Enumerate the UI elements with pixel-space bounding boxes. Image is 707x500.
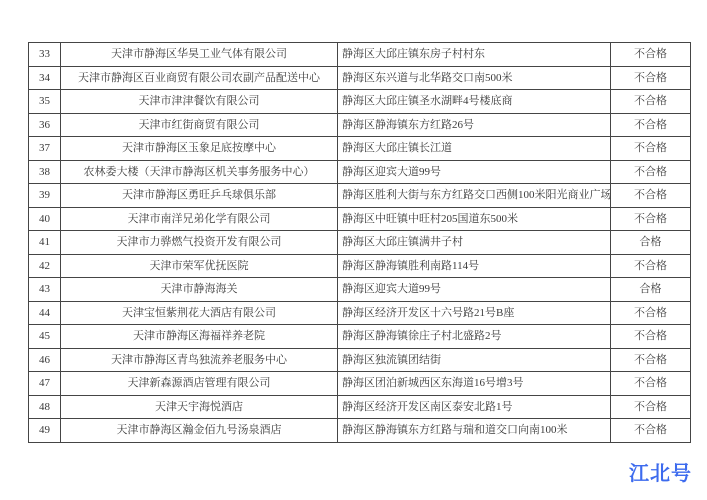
table-row: 39天津市静海区勇旺乒乓球俱乐部静海区胜利大街与东方红路交口西侧100米阳光商业… (29, 184, 691, 208)
table-row: 33天津市静海区华昊工业气体有限公司静海区大邱庄镇东房子村村东不合格 (29, 43, 691, 67)
table-row: 44天津宝恒紫荆花大酒店有限公司静海区经济开发区十六号路21号B座不合格 (29, 301, 691, 325)
row-number-cell: 48 (29, 395, 61, 419)
address-cell: 静海区大邱庄镇长江道 (338, 137, 611, 161)
company-name-cell: 天津市静海区华昊工业气体有限公司 (61, 43, 338, 67)
company-name-cell: 天津市静海区海福祥养老院 (61, 325, 338, 349)
watermark-logo: 江北号 (629, 464, 692, 484)
table-row: 43天津市静海海关静海区迎宾大道99号合格 (29, 278, 691, 302)
result-cell: 不合格 (611, 90, 691, 114)
company-name-cell: 农林委大楼（天津市静海区机关事务服务中心） (61, 160, 338, 184)
address-cell: 静海区团泊新城西区东海道16号增3号 (338, 372, 611, 396)
table-row: 49天津市静海区瀚金佰九号汤泉酒店静海区静海镇东方红路与瑞和道交口向南100米不… (29, 419, 691, 443)
row-number-cell: 37 (29, 137, 61, 161)
result-cell: 不合格 (611, 301, 691, 325)
table-row: 37天津市静海区玉象足底按摩中心静海区大邱庄镇长江道不合格 (29, 137, 691, 161)
company-name-cell: 天津市力骅燃气投资开发有限公司 (61, 231, 338, 255)
result-cell: 不合格 (611, 395, 691, 419)
table-row: 46天津市静海区青鸟独流养老服务中心静海区独流镇团结街不合格 (29, 348, 691, 372)
company-name-cell: 天津天宇海悦酒店 (61, 395, 338, 419)
address-cell: 静海区大邱庄镇东房子村村东 (338, 43, 611, 67)
address-cell: 静海区迎宾大道99号 (338, 278, 611, 302)
company-name-cell: 天津市津津餐饮有限公司 (61, 90, 338, 114)
row-number-cell: 46 (29, 348, 61, 372)
address-cell: 静海区大邱庄镇圣水湖畔4号楼底商 (338, 90, 611, 114)
address-cell: 静海区静海镇胜利南路114号 (338, 254, 611, 278)
company-name-cell: 天津市红街商贸有限公司 (61, 113, 338, 137)
row-number-cell: 44 (29, 301, 61, 325)
table-row: 48天津天宇海悦酒店静海区经济开发区南区泰安北路1号不合格 (29, 395, 691, 419)
address-cell: 静海区静海镇东方红路与瑞和道交口向南100米 (338, 419, 611, 443)
result-cell: 不合格 (611, 43, 691, 67)
address-cell: 静海区东兴道与北华路交口南500米 (338, 66, 611, 90)
result-cell: 合格 (611, 278, 691, 302)
company-name-cell: 天津市静海区玉象足底按摩中心 (61, 137, 338, 161)
table-row: 47天津新森源酒店管理有限公司静海区团泊新城西区东海道16号增3号不合格 (29, 372, 691, 396)
row-number-cell: 39 (29, 184, 61, 208)
result-cell: 不合格 (611, 348, 691, 372)
table-row: 35天津市津津餐饮有限公司静海区大邱庄镇圣水湖畔4号楼底商不合格 (29, 90, 691, 114)
row-number-cell: 38 (29, 160, 61, 184)
row-number-cell: 43 (29, 278, 61, 302)
row-number-cell: 42 (29, 254, 61, 278)
result-cell: 不合格 (611, 160, 691, 184)
table-row: 34天津市静海区百业商贸有限公司农副产品配送中心静海区东兴道与北华路交口南500… (29, 66, 691, 90)
table-row: 45天津市静海区海福祥养老院静海区静海镇徐庄子村北盛路2号不合格 (29, 325, 691, 349)
result-cell: 不合格 (611, 419, 691, 443)
address-cell: 静海区大邱庄镇满井子村 (338, 231, 611, 255)
address-cell: 静海区静海镇徐庄子村北盛路2号 (338, 325, 611, 349)
result-cell: 不合格 (611, 254, 691, 278)
row-number-cell: 45 (29, 325, 61, 349)
row-number-cell: 40 (29, 207, 61, 231)
company-name-cell: 天津市静海区百业商贸有限公司农副产品配送中心 (61, 66, 338, 90)
table-row: 36天津市红街商贸有限公司静海区静海镇东方红路26号不合格 (29, 113, 691, 137)
result-cell: 不合格 (611, 325, 691, 349)
company-name-cell: 天津市南洋兄弟化学有限公司 (61, 207, 338, 231)
row-number-cell: 47 (29, 372, 61, 396)
address-cell: 静海区独流镇团结街 (338, 348, 611, 372)
row-number-cell: 35 (29, 90, 61, 114)
row-number-cell: 41 (29, 231, 61, 255)
company-name-cell: 天津新森源酒店管理有限公司 (61, 372, 338, 396)
company-name-cell: 天津市静海海关 (61, 278, 338, 302)
inspection-table-body: 33天津市静海区华昊工业气体有限公司静海区大邱庄镇东房子村村东不合格34天津市静… (29, 43, 691, 443)
address-cell: 静海区中旺镇中旺村205国道东500米 (338, 207, 611, 231)
address-cell: 静海区胜利大街与东方红路交口西侧100米阳光商业广场 (338, 184, 611, 208)
company-name-cell: 天津市静海区瀚金佰九号汤泉酒店 (61, 419, 338, 443)
address-cell: 静海区迎宾大道99号 (338, 160, 611, 184)
address-cell: 静海区经济开发区十六号路21号B座 (338, 301, 611, 325)
table-row: 42天津市荣军优抚医院静海区静海镇胜利南路114号不合格 (29, 254, 691, 278)
table-row: 40天津市南洋兄弟化学有限公司静海区中旺镇中旺村205国道东500米不合格 (29, 207, 691, 231)
row-number-cell: 34 (29, 66, 61, 90)
company-name-cell: 天津市静海区勇旺乒乓球俱乐部 (61, 184, 338, 208)
address-cell: 静海区经济开发区南区泰安北路1号 (338, 395, 611, 419)
result-cell: 合格 (611, 231, 691, 255)
table-row: 41天津市力骅燃气投资开发有限公司静海区大邱庄镇满井子村合格 (29, 231, 691, 255)
inspection-table: 33天津市静海区华昊工业气体有限公司静海区大邱庄镇东房子村村东不合格34天津市静… (28, 42, 691, 443)
document-page: 33天津市静海区华昊工业气体有限公司静海区大邱庄镇东房子村村东不合格34天津市静… (0, 0, 707, 500)
result-cell: 不合格 (611, 66, 691, 90)
company-name-cell: 天津市静海区青鸟独流养老服务中心 (61, 348, 338, 372)
company-name-cell: 天津宝恒紫荆花大酒店有限公司 (61, 301, 338, 325)
result-cell: 不合格 (611, 137, 691, 161)
table-row: 38农林委大楼（天津市静海区机关事务服务中心）静海区迎宾大道99号不合格 (29, 160, 691, 184)
address-cell: 静海区静海镇东方红路26号 (338, 113, 611, 137)
row-number-cell: 36 (29, 113, 61, 137)
result-cell: 不合格 (611, 184, 691, 208)
result-cell: 不合格 (611, 372, 691, 396)
result-cell: 不合格 (611, 113, 691, 137)
row-number-cell: 49 (29, 419, 61, 443)
row-number-cell: 33 (29, 43, 61, 67)
company-name-cell: 天津市荣军优抚医院 (61, 254, 338, 278)
result-cell: 不合格 (611, 207, 691, 231)
